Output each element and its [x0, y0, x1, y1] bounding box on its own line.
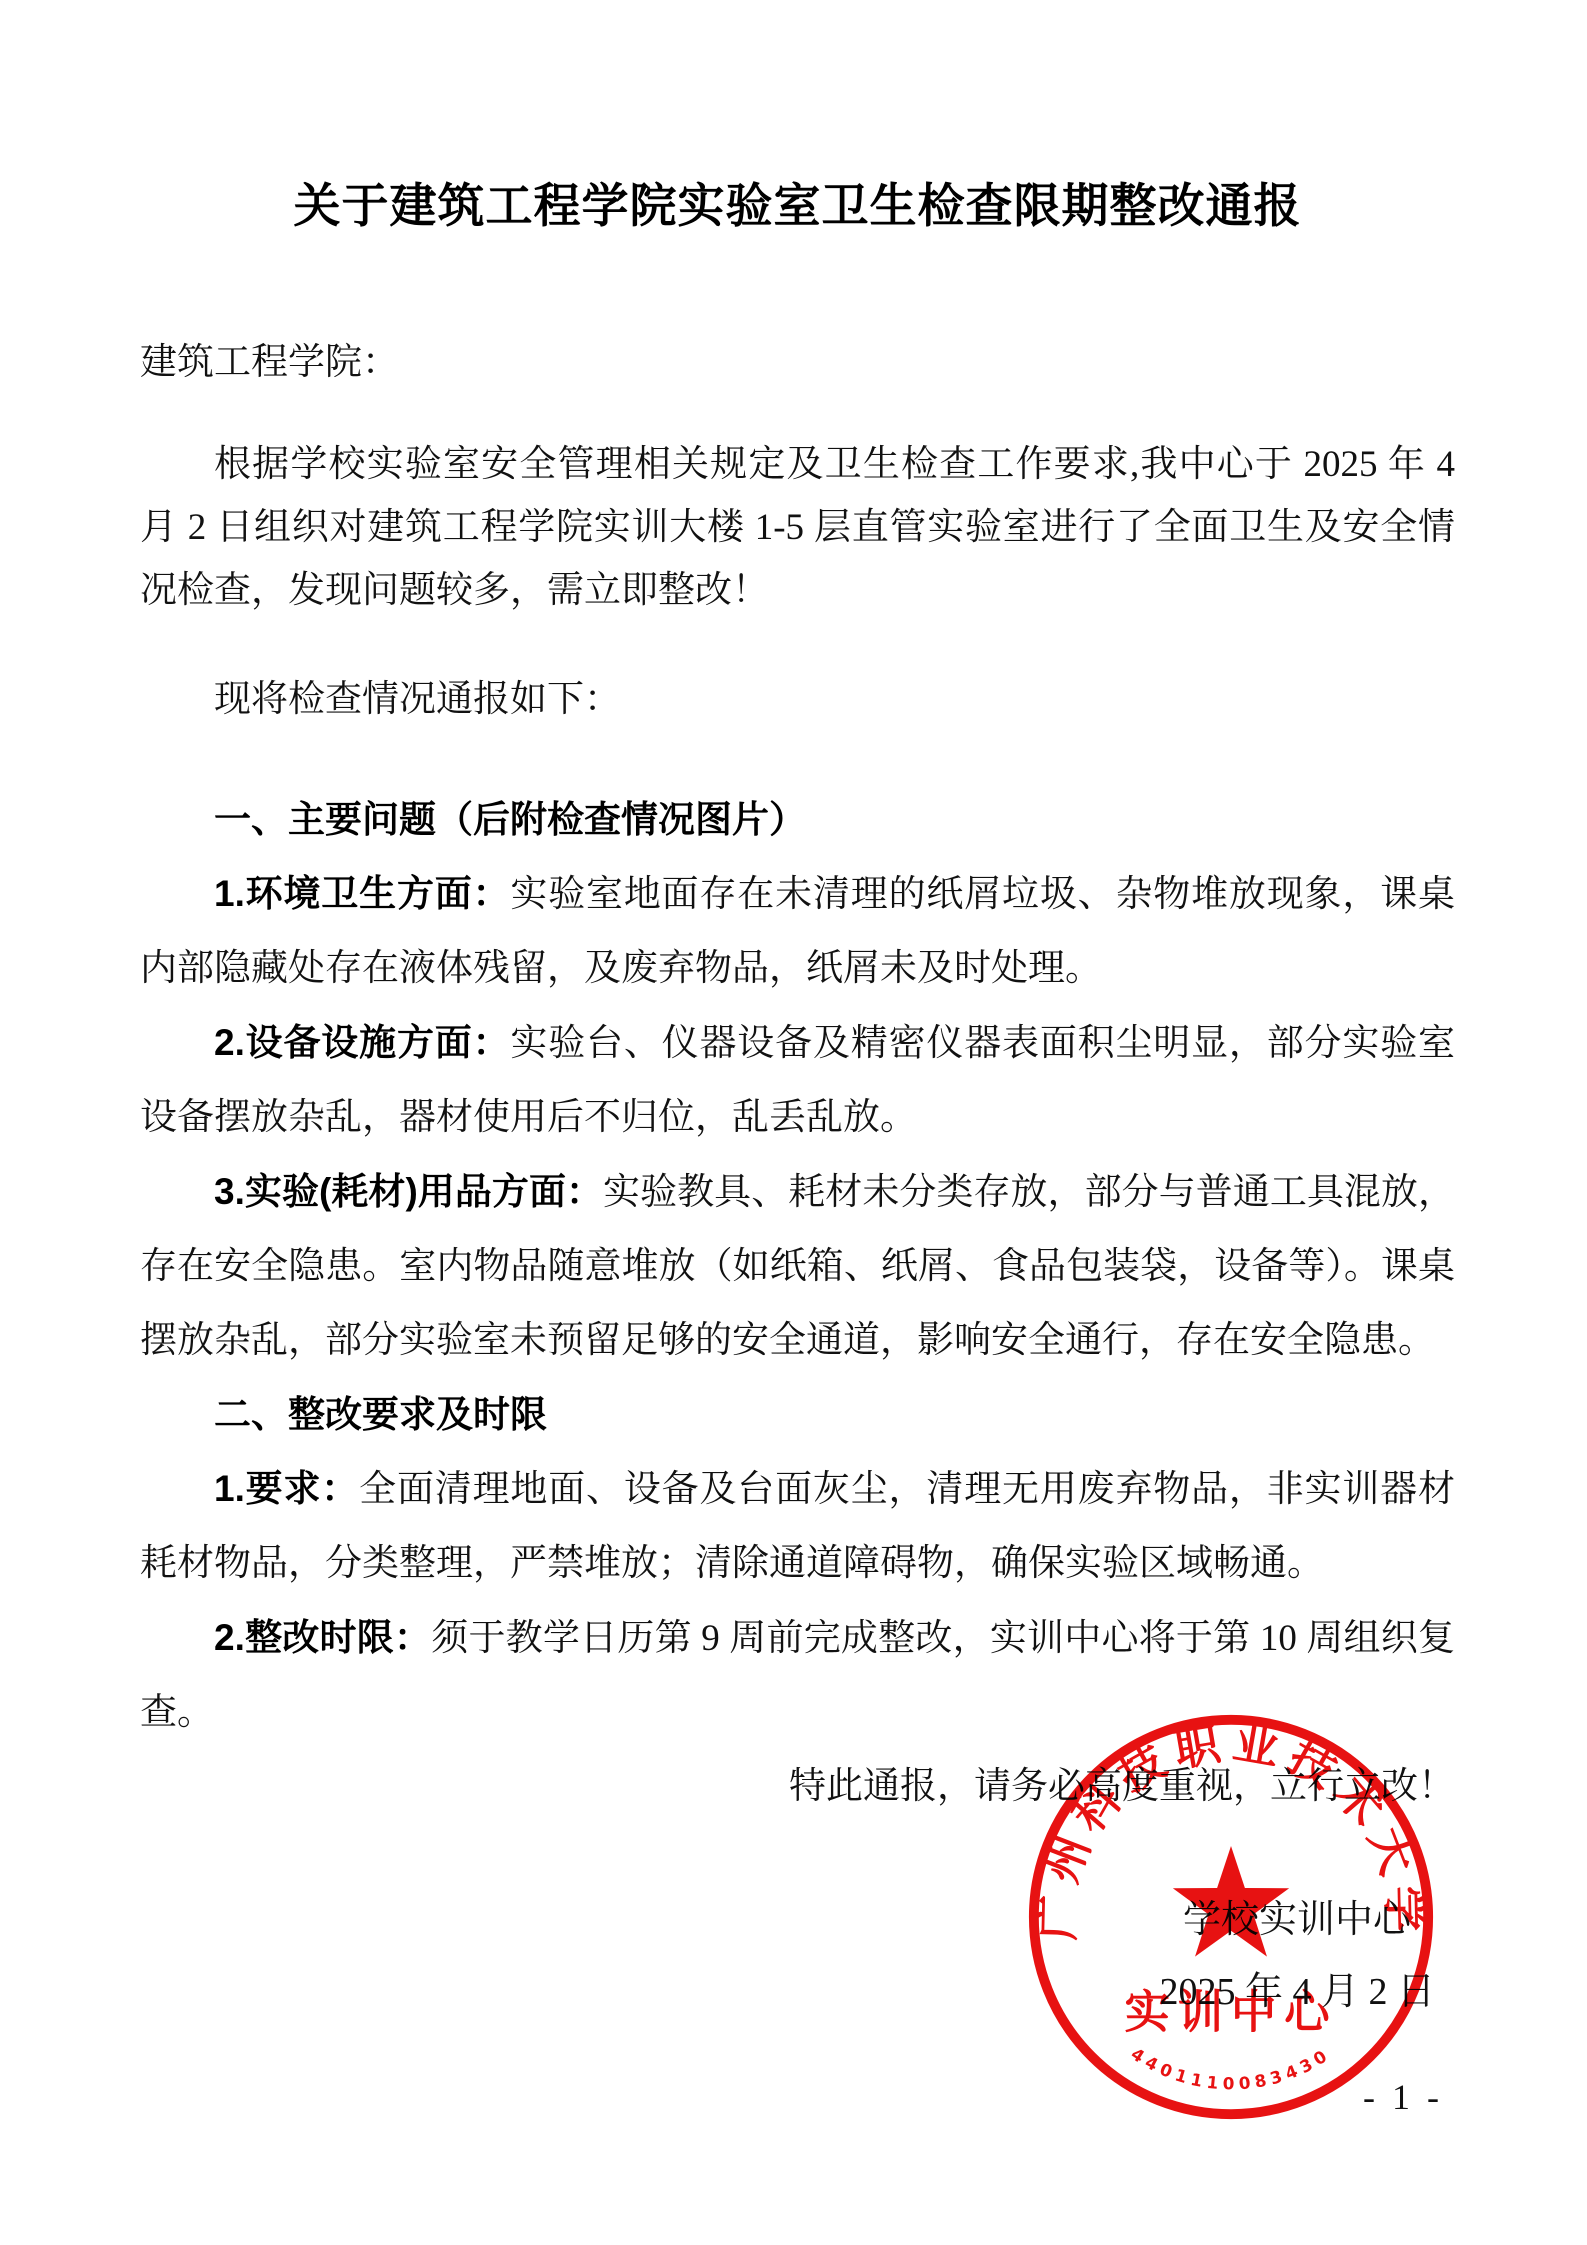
section-1-heading: 一、主要问题（后附检查情况图片） — [140, 783, 1455, 857]
section-1-item-2-lead: 2.设备设施方面： — [214, 1022, 510, 1063]
document-title: 关于建筑工程学院实验室卫生检查限期整改通报 — [140, 0, 1455, 237]
salutation: 建筑工程学院： — [140, 339, 1455, 387]
section-2-item-1-lead: 1.要求： — [214, 1468, 359, 1509]
section-1-item-1: 1.环境卫生方面：实验室地面存在未清理的纸屑垃圾、杂物堆放现象，课桌内部隐藏处存… — [140, 857, 1455, 1006]
section-1-item-1-lead: 1.环境卫生方面： — [214, 873, 510, 914]
section-2-item-2-lead: 2.整改时限： — [214, 1617, 431, 1658]
document-page: 关于建筑工程学院实验室卫生检查限期整改通报 建筑工程学院： 根据学校实验室安全管… — [0, 0, 1587, 2245]
signature-org: 学校实训中心 — [1183, 1888, 1411, 1943]
section-2-item-2: 2.整改时限：须于教学日历第 9 周前完成整改，实训中心将于第 10 周组织复查… — [140, 1601, 1455, 1750]
section-1-item-3-lead: 3.实验(耗材)用品方面： — [214, 1171, 603, 1212]
section-1-item-3: 3.实验(耗材)用品方面：实验教具、耗材未分类存放，部分与普通工具混放，存在安全… — [140, 1155, 1455, 1378]
section-1-item-2: 2.设备设施方面：实验台、仪器设备及精密仪器表面积尘明显，部分实验室设备摆放杂乱… — [140, 1006, 1455, 1155]
lead-in-paragraph: 现将检查情况通报如下： — [140, 668, 1455, 731]
closing-line: 特此通报，请务必高度重视，立行立改！ — [140, 1750, 1455, 1824]
seal-serial-number: 4401110083430 — [1128, 2043, 1335, 2093]
intro-paragraph: 根据学校实验室安全管理相关规定及卫生检查工作要求,我中心于 2025 年 4 月… — [140, 433, 1455, 622]
section-2-item-1: 1.要求：全面清理地面、设备及台面灰尘，清理无用废弃物品，非实训器材耗材物品，分… — [140, 1452, 1455, 1601]
page-number: - 1 - — [1363, 2076, 1443, 2118]
section-2-heading: 二、整改要求及时限 — [140, 1378, 1455, 1452]
signature-date: 2025 年 4 月 2 日 — [1159, 1960, 1435, 2015]
document-content: 关于建筑工程学院实验室卫生检查限期整改通报 建筑工程学院： 根据学校实验室安全管… — [0, 0, 1587, 1824]
